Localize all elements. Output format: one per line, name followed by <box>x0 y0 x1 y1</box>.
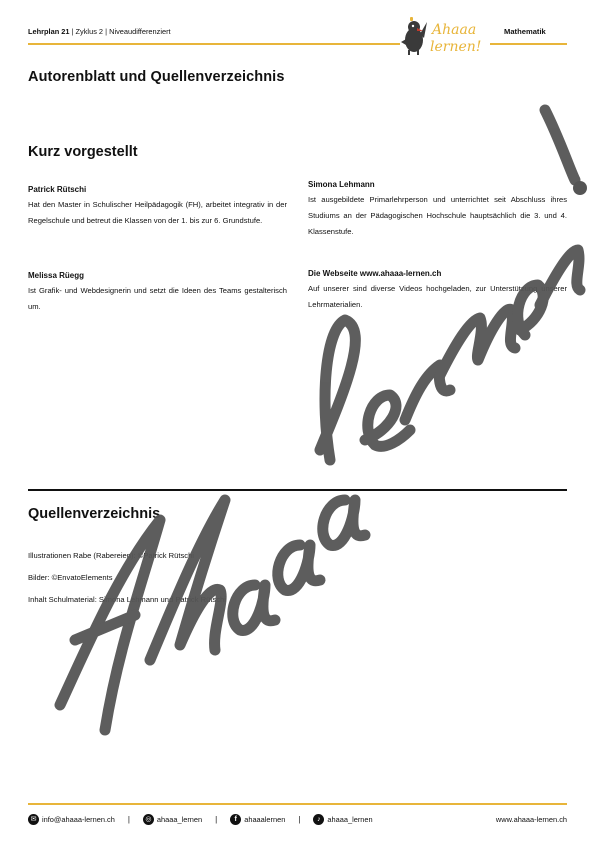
header-separator: | <box>105 27 107 36</box>
header-rule-right <box>490 43 567 45</box>
author-name: Simona Lehmann <box>308 177 567 192</box>
header-rule-left <box>28 43 400 45</box>
website-text: Auf unserer sind diverse Videos hochgela… <box>308 281 567 313</box>
level-label: Niveaudifferenziert <box>109 27 171 36</box>
raven-mascot-icon <box>401 17 427 55</box>
facebook-link[interactable]: ahaaalernen <box>244 815 285 824</box>
brand-logo: Ahaaa lernen! <box>400 12 488 58</box>
footer-separator: | <box>215 815 217 824</box>
author-bio-simona: Simona Lehmann Ist ausgebildete Primarle… <box>308 177 567 240</box>
footer-separator: | <box>298 815 300 824</box>
source-item: Illustrationen Rabe (Rabereien): ©Patric… <box>28 549 226 571</box>
facebook-icon: f <box>230 814 241 825</box>
cycle-label: Zyklus 2 <box>76 27 104 36</box>
svg-text:Ahaaa: Ahaaa <box>430 22 476 38</box>
footer-tiktok[interactable]: ♪ ahaaa_lernen <box>313 814 372 825</box>
header-breadcrumb: Lehrplan 21 | Zyklus 2 | Niveaudifferenz… <box>28 27 171 36</box>
author-name: Melissa Rüegg <box>28 268 287 283</box>
section-divider <box>28 489 567 491</box>
source-item: Bilder: ©EnvatoElements <box>28 571 226 593</box>
author-text: Ist Grafik- und Webdesignerin und setzt … <box>28 283 287 315</box>
footer: ✉ info@ahaaa-lernen.ch | ◎ ahaaa_lernen … <box>28 812 567 826</box>
instagram-link[interactable]: ahaaa_lernen <box>157 815 202 824</box>
website-heading: Die Webseite www.ahaaa-lernen.ch <box>308 266 567 281</box>
footer-separator: | <box>128 815 130 824</box>
curriculum-label: Lehrplan 21 <box>28 27 69 36</box>
website-link[interactable]: www.ahaaa-lernen.ch <box>496 815 567 824</box>
subject-label: Mathematik <box>504 27 546 36</box>
author-name: Patrick Rütschi <box>28 182 287 197</box>
website-info: Die Webseite www.ahaaa-lernen.ch Auf uns… <box>308 266 567 313</box>
footer-email[interactable]: ✉ info@ahaaa-lernen.ch <box>28 814 115 825</box>
tiktok-icon: ♪ <box>313 814 324 825</box>
source-item: Inhalt Schulmaterial: Simona Lehmann und… <box>28 593 226 615</box>
svg-text:lernen!: lernen! <box>430 39 481 55</box>
footer-facebook[interactable]: f ahaaalernen <box>230 814 285 825</box>
mail-icon: ✉ <box>28 814 39 825</box>
tiktok-link[interactable]: ahaaa_lernen <box>327 815 372 824</box>
email-link[interactable]: info@ahaaa-lernen.ch <box>42 815 115 824</box>
author-bio-patrick: Patrick Rütschi Hat den Master in Schuli… <box>28 182 287 229</box>
sources-list: Illustrationen Rabe (Rabereien): ©Patric… <box>28 549 226 615</box>
footer-rule <box>28 803 567 805</box>
author-bio-melissa: Melissa Rüegg Ist Grafik- und Webdesigne… <box>28 268 287 315</box>
intro-section-title: Kurz vorgestellt <box>28 144 138 160</box>
page-title: Autorenblatt und Quellenverzeichnis <box>28 69 284 85</box>
footer-instagram[interactable]: ◎ ahaaa_lernen <box>143 814 202 825</box>
sources-section-title: Quellenverzeichnis <box>28 506 160 522</box>
header-separator: | <box>72 27 74 36</box>
watermark <box>0 0 595 842</box>
author-text: Hat den Master in Schulischer Heilpädago… <box>28 197 287 229</box>
author-text: Ist ausgebildete Primarlehrperson und un… <box>308 192 567 240</box>
instagram-icon: ◎ <box>143 814 154 825</box>
